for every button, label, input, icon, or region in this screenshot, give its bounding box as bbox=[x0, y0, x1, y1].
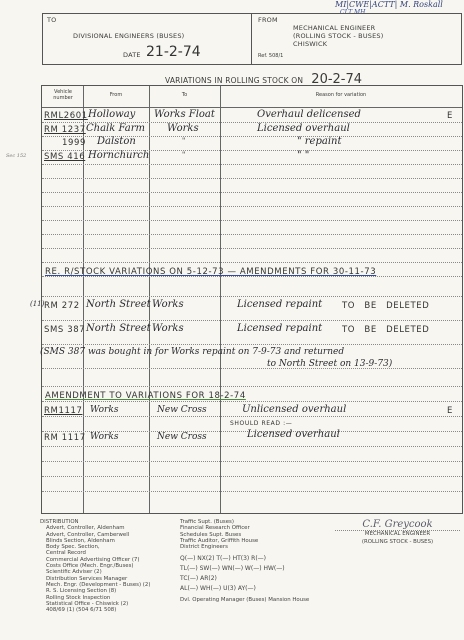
col-vehicle-number: Vehicle number bbox=[45, 89, 81, 101]
header-divider bbox=[251, 14, 252, 64]
from-label: FROM bbox=[258, 16, 278, 24]
col-from: From bbox=[83, 92, 149, 98]
memo-header: TO DIVISIONAL ENGINEERS (BUSES) DATE 21-… bbox=[42, 13, 462, 65]
title-text: VARIATIONS IN ROLLING STOCK ON bbox=[165, 76, 303, 85]
district-line: Q(—) NX(2) T(—) HT(3) R(—) bbox=[180, 554, 309, 564]
amendment-1-heading: RE. R/STOCK VARIATIONS ON 5-12-73 — AMEN… bbox=[45, 267, 376, 277]
from-line-1: MECHANICAL ENGINEER bbox=[293, 24, 375, 32]
distribution-left: DISTRIBUTION Advert, Controller, Aldenha… bbox=[40, 519, 150, 613]
distribution-footer: Dvl. Operating Manager (Buses) Mansion H… bbox=[180, 597, 309, 603]
from-line-2: (ROLLING STOCK - BUSES) bbox=[293, 32, 384, 40]
distribution-middle: Traffic Supt. (Buses) Financial Research… bbox=[180, 519, 309, 604]
district-line: AL(—) WH(—) U(3) AY(—) bbox=[180, 584, 309, 594]
from-line-3: CHISWICK bbox=[293, 40, 327, 48]
date-value: 21-2-74 bbox=[146, 44, 201, 60]
district-line: TL(—) SW(—) WN(—) W(—) HW(—) bbox=[180, 564, 309, 574]
variations-table: Vehicle number From To Reason for variat… bbox=[41, 85, 463, 514]
amendment-1-remark-1: (SMS 387 was bought in for Works repaint… bbox=[40, 347, 344, 357]
to-value: DIVISIONAL ENGINEERS (BUSES) bbox=[73, 32, 184, 40]
reference: Ref. 508/1 bbox=[258, 53, 283, 59]
stamp-annotation: MI|CWE|ACTT| M. Roskall bbox=[335, 0, 443, 9]
signature-block: C.F. Greycook MECHANICAL ENGINEER (ROLLI… bbox=[335, 519, 460, 546]
col-reason: Reason for variation bbox=[220, 92, 462, 98]
district-line: TC(—) AR(2) bbox=[180, 574, 309, 584]
amendment-1-remark-2: to North Street on 13-9-73) bbox=[267, 359, 392, 369]
to-label: TO bbox=[47, 16, 57, 24]
col-to: To bbox=[149, 92, 220, 98]
amendment-2-heading: AMENDMENT TO VARIATIONS FOR 18-2-74 bbox=[45, 391, 246, 401]
should-read-label: SHOULD READ :— bbox=[230, 420, 292, 427]
signature: C.F. Greycook bbox=[335, 519, 460, 531]
date-label: DATE bbox=[123, 51, 141, 59]
